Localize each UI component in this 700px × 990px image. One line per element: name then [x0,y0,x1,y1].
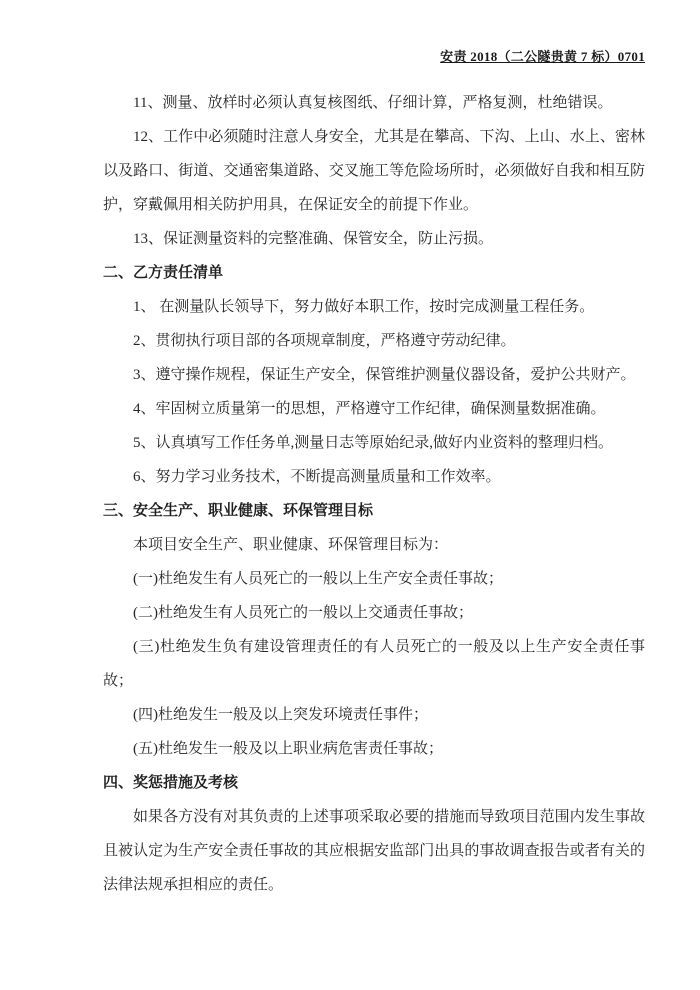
paragraph-item-12: 12、工作中必须随时注意人身安全，尤其是在攀高、下沟、上山、水上、密林以及路口、… [103,120,645,222]
paragraph-item-11: 11、测量、放样时必须认真复核图纸、仔细计算，严格复测，杜绝错误。 [103,86,645,120]
paragraph-item-3: 3、遵守操作规程，保证生产安全，保管维护测量仪器设备，爱护公共财产。 [103,358,645,392]
paragraph-item-2: 2、贯彻执行项目部的各项规章制度，严格遵守劳动纪律。 [103,324,645,358]
section-heading-safety-management-goals: 三、安全生产、职业健康、环保管理目标 [103,494,645,528]
paragraph-goal-item-4: (四)杜绝发生一般及以上突发环境责任事件； [103,698,645,732]
document-page: 安责 2018（二公隧贵黄 7 标）0701 11、测量、放样时必须认真复核图纸… [0,0,700,990]
paragraph-goal-item-3: (三)杜绝发生负有建设管理责任的有人员死亡的一般及以上生产安全责任事故； [103,630,645,698]
paragraph-item-13: 13、保证测量资料的完整准确、保管安全，防止污损。 [103,222,645,256]
paragraph-goal-item-1: (一)杜绝发生有人员死亡的一般以上生产安全责任事故； [103,562,645,596]
paragraph-item-5: 5、认真填写工作任务单,测量日志等原始纪录,做好内业资料的整理归档。 [103,426,645,460]
paragraph-rewards-penalties-body: 如果各方没有对其负责的上述事项采取必要的措施而导致项目范围内发生事故且被认定为生… [103,800,645,902]
paragraph-item-4: 4、牢固树立质量第一的思想，严格遵守工作纪律，确保测量数据准确。 [103,392,645,426]
section-heading-rewards-penalties: 四、奖惩措施及考核 [103,766,645,800]
document-header-reference: 安责 2018（二公隧贵黄 7 标）0701 [440,46,645,65]
paragraph-goals-intro: 本项目安全生产、职业健康、环保管理目标为： [103,528,645,562]
paragraph-goal-item-2: (二)杜绝发生有人员死亡的一般以上交通责任事故； [103,596,645,630]
document-body: 11、测量、放样时必须认真复核图纸、仔细计算，严格复测，杜绝错误。 12、工作中… [103,86,645,902]
paragraph-goal-item-5: (五)杜绝发生一般及以上职业病危害责任事故； [103,732,645,766]
paragraph-item-6: 6、努力学习业务技术，不断提高测量质量和工作效率。 [103,460,645,494]
paragraph-item-1: 1、 在测量队长领导下，努力做好本职工作，按时完成测量工程任务。 [103,290,645,324]
section-heading-party-b-responsibilities: 二、乙方责任清单 [103,256,645,290]
